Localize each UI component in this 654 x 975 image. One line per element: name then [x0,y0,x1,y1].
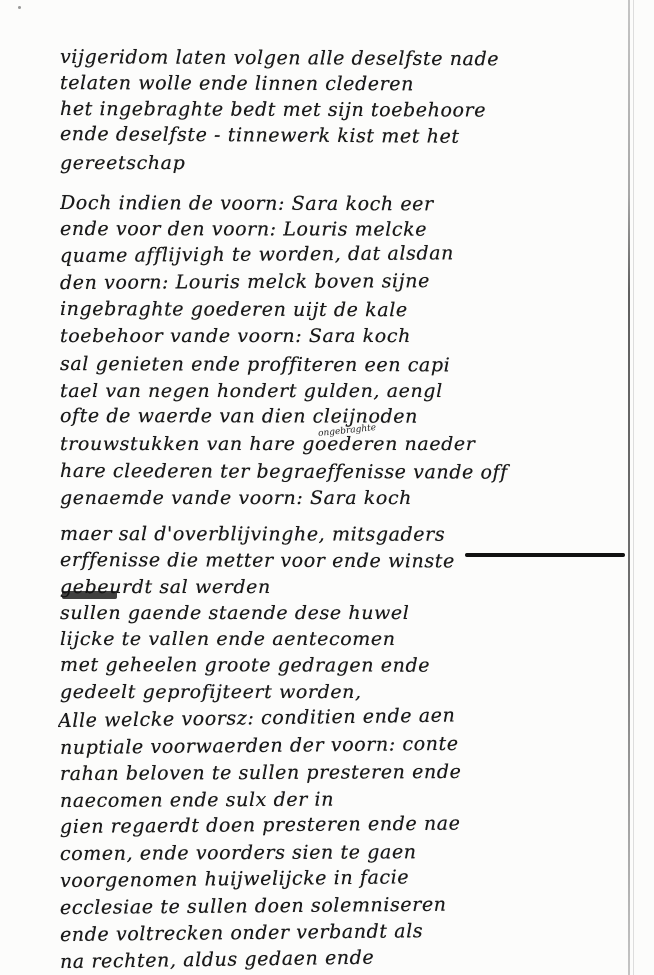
manuscript-line: ende voltrecken onder verbandt als [60,918,630,946]
manuscript-line: ecclesiae te sullen doen solemniseren [60,892,630,919]
manuscript-line: na rechten, aldus gedaen ende [60,943,630,973]
manuscript-line: ende voor den voorn: Louris melcke [60,218,630,241]
manuscript-line: gedeelt geprofijteert worden, [60,681,630,703]
manuscript-line: trouwstukken van hare goederen naeder [60,433,630,455]
strikethrough-mark [465,553,625,557]
scan-speck [18,6,21,9]
manuscript-line: rahan beloven te sullen presteren ende [60,760,630,785]
manuscript-line: lijcke te vallen ende aentecomen [60,628,630,650]
manuscript-line: gereetschap [60,152,630,174]
manuscript-page: vijgeridom laten volgen alle deselfste n… [0,0,654,975]
manuscript-line: den voorn: Louris melck boven sijne [60,269,630,294]
manuscript-line: sal genieten ende proffiteren een capi [60,353,630,377]
page-edge-line [633,0,634,975]
ink-blot [62,591,117,599]
manuscript-line: ingebraghte goederen uijt de kale [60,298,630,322]
manuscript-line: hare cleederen ter begraeffenisse vande … [60,460,630,484]
manuscript-line: tael van negen hondert gulden, aengl [60,380,630,402]
manuscript-line: ofte de waerde van dien cleijnoden [60,405,630,428]
manuscript-line: gien regaerdt doen presteren ende nae [60,811,630,838]
manuscript-line: maer sal d'overblijvinghe, mitsgaders [60,523,630,546]
manuscript-line: gebeurdt sal werden [60,576,630,598]
manuscript-line: ende deselfste - tinnewerk kist met het [60,123,630,149]
manuscript-line: toebehoor vande voorn: Sara koch [60,325,630,347]
manuscript-line: comen, ende voorders sien te gaen [60,840,630,865]
manuscript-line: het ingebraghte bedt met sijn toebehoore [60,98,630,122]
manuscript-line: genaemde vande voorn: Sara koch [60,487,630,509]
manuscript-line: naecomen ende sulx der in [60,787,630,812]
manuscript-line: vijgeridom laten volgen alle deselfste n… [60,46,630,71]
manuscript-line: voorgenomen huijwelijcke in facie [60,864,630,892]
manuscript-line: telaten wolle ende linnen clederen [60,72,630,96]
manuscript-line: met geheelen groote gedragen ende [60,654,630,677]
manuscript-line: Alle welcke voorsz: conditien ende aen [58,702,628,732]
manuscript-line: Doch indien de voorn: Sara koch eer [60,192,630,216]
manuscript-line: quame afflijvigh te worden, dat alsdan [60,241,630,267]
manuscript-line: nuptiale voorwaerden der voorn: conte [60,731,630,759]
manuscript-line: sullen gaende staende dese huwel [60,602,630,624]
